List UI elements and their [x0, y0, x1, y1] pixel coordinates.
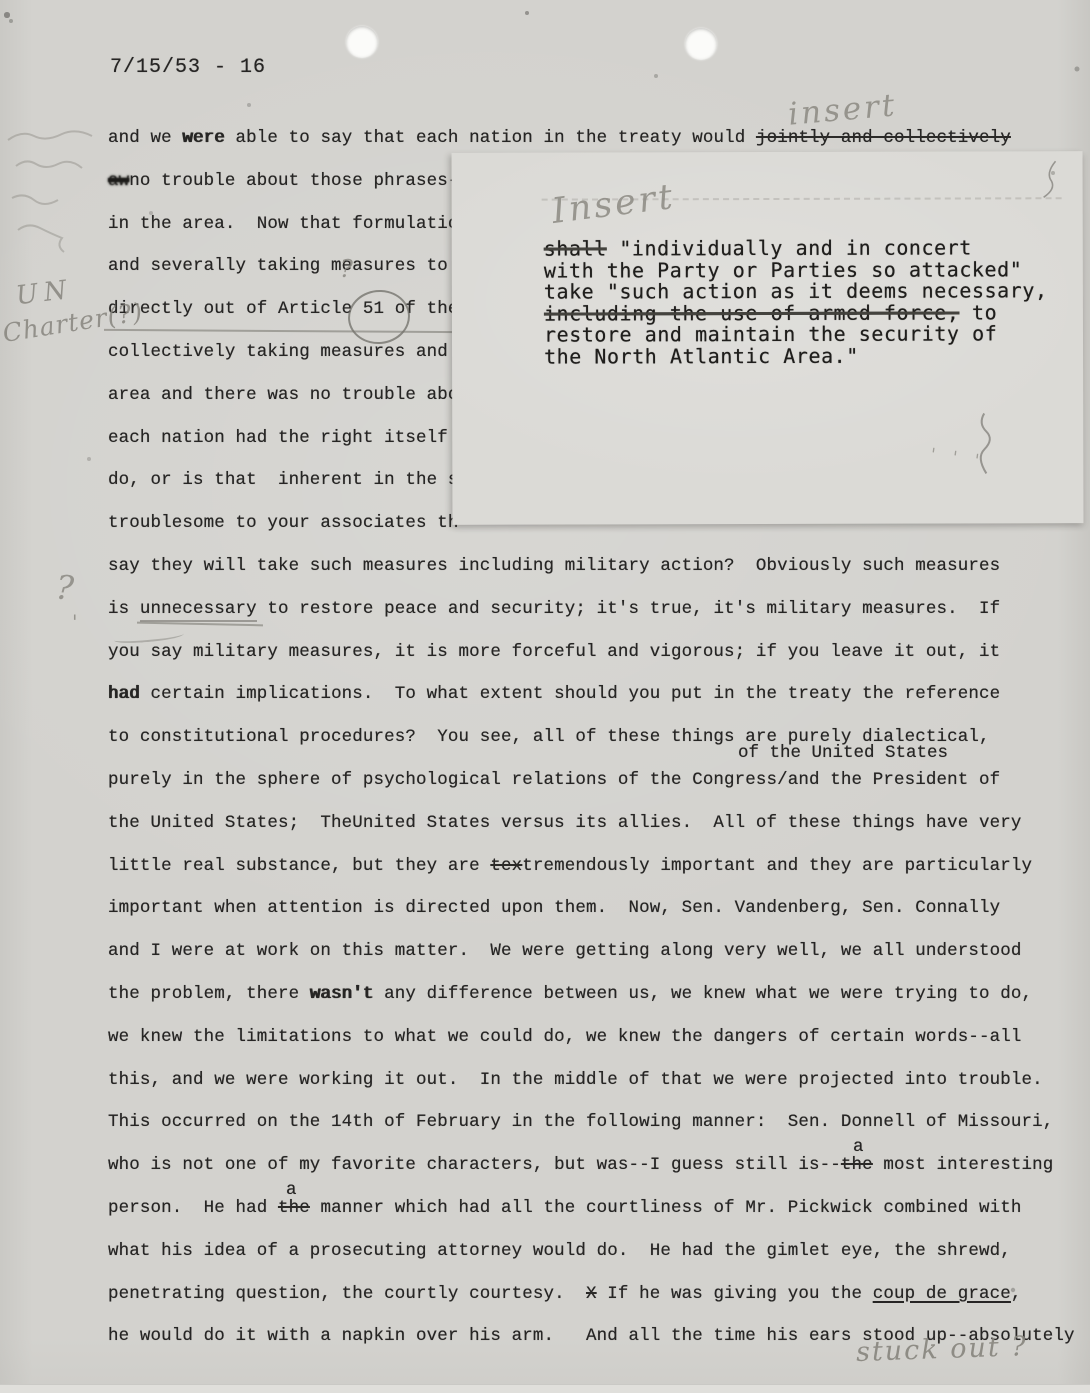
typed-line: the problem, there wasn't any difference… — [108, 986, 1032, 1004]
handwritten-question-mark: ? — [55, 567, 75, 607]
punch-hole-right — [685, 28, 717, 60]
typed-segment: in the area. Now that formulatic — [108, 214, 459, 234]
document-page: 7/15/53 - 16 and we were able to say tha… — [0, 0, 1090, 1393]
punch-hole-left — [346, 26, 378, 58]
handwritten-stuck-out: stuck out ? — [856, 1331, 1029, 1368]
typed-segment: you say military measures, it is more fo… — [108, 642, 1000, 662]
typed-segment: collectively taking measures and — [108, 342, 448, 362]
typed-line: important when attention is directed upo… — [108, 900, 1000, 918]
typed-line: with the Party or Parties so attacked" — [544, 259, 1023, 280]
typed-line: restore and maintain the security of — [544, 323, 997, 344]
typed-segment: area and there was no trouble abo — [108, 385, 459, 405]
typed-segment-u: coup de grace — [873, 1284, 1011, 1304]
typed-segment: able to say that each nation in the trea… — [225, 128, 756, 148]
typed-line: the North Atlantic Area." — [544, 346, 859, 367]
typed-segment: manner which had all the courtliness of … — [310, 1198, 1022, 1218]
pencil-underline-unnecessary — [137, 622, 263, 627]
typed-segment: and severally taking measures to — [108, 256, 448, 276]
typed-line: had certain implications. To what extent… — [108, 686, 1000, 704]
typed-line: say they will take such measures includi… — [108, 558, 1000, 576]
typed-line: area and there was no trouble abo — [108, 387, 459, 405]
handwritten-un: UN — [14, 275, 74, 312]
typed-segment: important when attention is directed upo… — [108, 898, 1000, 918]
pencil-scribble-mark — [2, 122, 112, 272]
typed-segment: This occurred on the 14th of February in… — [108, 1112, 1053, 1132]
typed-line: and we were able to say that each nation… — [108, 130, 1011, 148]
typed-line: take "such action as it deems necessary, — [544, 280, 1048, 301]
typed-segment-st: the — [841, 1155, 873, 1175]
typed-insertion-above-line: a — [853, 1139, 864, 1157]
typed-segment: and I were at work on this matter. We we… — [108, 941, 1021, 961]
typed-line: in the area. Now that formulatic — [108, 216, 459, 234]
typed-segment: purely in the sphere of psychological re… — [108, 770, 1000, 790]
pencil-circle-around-51 — [345, 287, 412, 347]
typed-segment: most interesting — [873, 1155, 1054, 1175]
typed-segment: the North Atlantic Area." — [544, 344, 859, 369]
insert-slip-typed-text: shall "individually and in concertwith t… — [452, 151, 1083, 153]
typed-insertion-above-line: a — [286, 1182, 297, 1200]
typed-segment: little real substance, but they are — [108, 856, 490, 876]
typed-line: little real substance, but they are text… — [108, 858, 1032, 876]
typed-line: what his idea of a prosecuting attorney … — [108, 1243, 1011, 1261]
typed-segment: what his idea of a prosecuting attorney … — [108, 1241, 1011, 1261]
typed-line: purely in the sphere of psychological re… — [108, 772, 1000, 790]
typed-line: shall "individually and in concert — [544, 237, 972, 258]
typed-segment: the problem, there — [108, 984, 310, 1004]
handwritten-question-over-51: ? — [340, 255, 353, 283]
typed-segment: is — [108, 599, 140, 619]
scan-bottom-edge — [0, 1384, 1090, 1393]
typed-line: is unnecessary to restore peace and secu… — [108, 601, 1000, 619]
typed-insertion-above-line: of the United States — [738, 745, 948, 763]
typed-segment-pu: unnecessary — [140, 599, 257, 622]
typed-line: you say military measures, it is more fo… — [108, 644, 1000, 662]
pencil-underline-article-51 — [104, 329, 460, 333]
typed-line: penetrating question, the courtly courte… — [108, 1286, 1022, 1304]
typed-segment-st: tex — [490, 856, 522, 876]
typed-segment: penetrating question, the courtly courte… — [108, 1284, 586, 1304]
typed-segment-ot: were — [182, 128, 225, 148]
paper-crease-mark — [972, 411, 996, 475]
typed-segment: , — [1011, 1284, 1022, 1304]
typed-segment: and we — [108, 128, 182, 148]
typed-line: the United States; TheUnited States vers… — [108, 815, 1021, 833]
typed-segment-ot: had — [108, 684, 140, 704]
typed-segment: to restore peace and security; it's true… — [257, 599, 1001, 619]
handwritten-insert-label: Insert — [550, 177, 678, 232]
typed-line: collectively taking measures and — [108, 344, 448, 362]
typed-line: troublesome to your associates th — [108, 515, 459, 533]
typed-segment: we knew the limitations to what we could… — [108, 1027, 1021, 1047]
typed-segment: tremendously important and they are part… — [522, 856, 1032, 876]
typed-segment: say they will take such measures includi… — [108, 556, 1000, 576]
typed-segment-st: X — [586, 1284, 597, 1304]
typed-line: and I were at work on this matter. We we… — [108, 943, 1021, 961]
typed-segment: no trouble about those phrases- — [129, 171, 458, 191]
typed-segment: each nation had the right itself — [108, 428, 448, 448]
typed-segment: person. He had — [108, 1198, 278, 1218]
typed-line: this, and we were working it out. In the… — [108, 1072, 1043, 1090]
typed-line: each nation had the right itself — [108, 430, 448, 448]
typed-line: who is not one of my favorite characters… — [108, 1157, 1053, 1175]
typed-segment: troublesome to your associates th — [108, 513, 459, 533]
typed-segment: If he was giving you the — [597, 1284, 873, 1304]
typed-segment: certain implications. To what extent sho… — [140, 684, 1000, 704]
typed-line: we knew the limitations to what we could… — [108, 1029, 1021, 1047]
typed-segment-ot: wasn't — [310, 984, 374, 1004]
typed-segment-st: the — [278, 1198, 310, 1218]
typed-segment: the United States; TheUnited States vers… — [108, 813, 1021, 833]
typed-line: including the use of armed force, to — [544, 302, 997, 323]
typed-segment: any difference between us, we knew what … — [374, 984, 1033, 1004]
typed-line: person. He had the manner which had all … — [108, 1200, 1021, 1218]
pencil-tick-mark: ' — [72, 610, 78, 634]
paper-specks — [0, 0, 2, 2]
handwritten-insert-note: insert — [787, 87, 899, 132]
paper-crease-mark-top — [1040, 159, 1060, 199]
typed-segment: who is not one of my favorite characters… — [108, 1155, 841, 1175]
typed-segment-stp: shall — [544, 236, 607, 260]
typed-segment: do, or is that inherent in the s — [108, 470, 459, 490]
typed-line: This occurred on the 14th of February in… — [108, 1114, 1053, 1132]
pasted-insert-slip: Insert ' ' ' shall "individually and in … — [452, 151, 1084, 525]
typed-line: awno trouble about those phrases- — [108, 173, 459, 191]
typed-line: do, or is that inherent in the s — [108, 472, 459, 490]
page-header-date: 7/15/53 - 16 — [110, 58, 266, 78]
typed-line: and severally taking measures to — [108, 258, 448, 276]
typed-segment: restore and maintain the security of — [544, 321, 997, 346]
typed-segment: this, and we were working it out. In the… — [108, 1070, 1043, 1090]
